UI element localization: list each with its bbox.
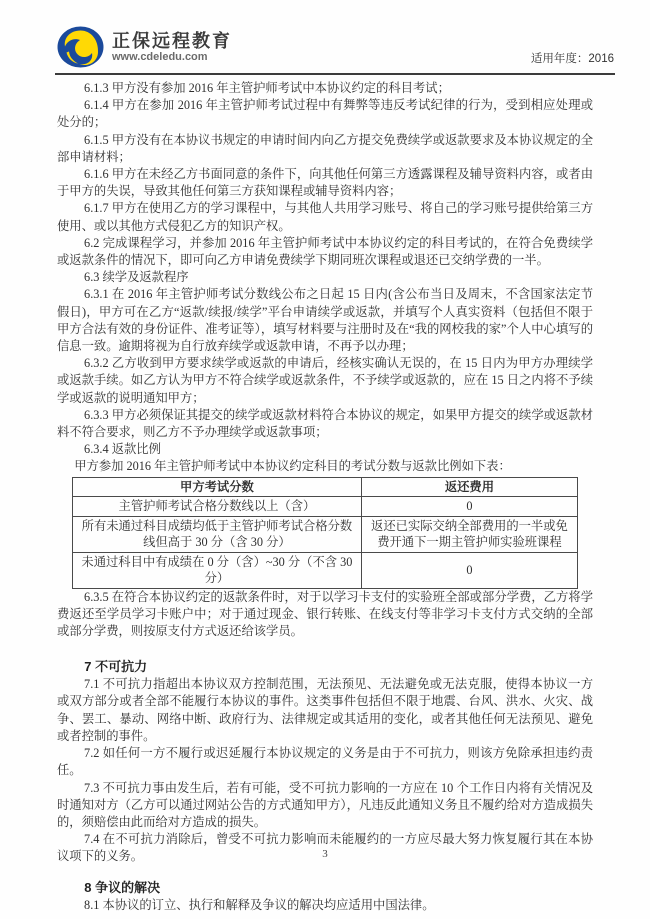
- brand-globe-icon: [57, 26, 104, 68]
- table-row: 未通过科目中有成绩在 0 分（含）~30 分（不含 30 分） 0: [73, 552, 578, 588]
- clause-6-3: 6.3 续学及返款程序: [57, 269, 593, 286]
- clause-6-3-1: 6.3.1 在 2016 年主管护师考试分数线公布之日起 15 日内(含公布当日…: [57, 286, 593, 355]
- brand-name: 正保远程教育: [112, 31, 232, 51]
- clause-6-3-5: 6.3.5 在符合本协议约定的返款条件时，对于以学习卡支付的实验班全部或部分学费…: [57, 589, 593, 641]
- clause-7-2: 7.2 如任何一方不履行或迟延履行本协议规定的义务是由于不可抗力，则该方免除承担…: [57, 745, 593, 779]
- section-8-heading: 8 争议的解决: [57, 879, 593, 897]
- clause-6-1-3: 6.1.3 甲方没有参加 2016 年主管护师考试中本协议约定的科目考试；: [57, 80, 593, 97]
- table-cell-refund-3: 0: [361, 552, 577, 588]
- table-row: 所有未通过科目成绩均低于主管护师考试合格分数线但高于 30 分（含 30 分） …: [73, 516, 578, 552]
- clause-6-1-6: 6.1.6 甲方在未经乙方书面同意的条件下，向其他任何第三方透露课程及辅导资料内…: [57, 166, 593, 200]
- table-header-score: 甲方考试分数: [73, 477, 362, 497]
- document-body: 6.1.3 甲方没有参加 2016 年主管护师考试中本协议约定的科目考试； 6.…: [0, 75, 650, 914]
- page-number: 3: [322, 848, 328, 860]
- table-cell-refund-2: 返还已实际交纳全部费用的一半或免费开通下一期主管护师实验班课程: [361, 516, 577, 552]
- refund-table-lead-in: 甲方参加 2016 年主管护师考试中本协议约定科目的考试分数与返款比例如下表：: [57, 458, 593, 475]
- clause-6-1-4: 6.1.4 甲方在参加 2016 年主管护师考试过程中有舞弊等违反考试纪律的行为…: [57, 97, 593, 131]
- table-header-refund: 返还费用: [361, 477, 577, 497]
- page-header: 正保远程教育 www.cdeledu.com 适用年度：2016: [0, 0, 650, 73]
- refund-ratio-table: 甲方考试分数 返还费用 主管护师考试合格分数线以上（含） 0 所有未通过科目成绩…: [72, 477, 578, 589]
- table-header-row: 甲方考试分数 返还费用: [73, 477, 578, 497]
- section-7-heading: 7 不可抗力: [57, 658, 593, 676]
- table-cell-score-2: 所有未通过科目成绩均低于主管护师考试合格分数线但高于 30 分（含 30 分）: [73, 516, 362, 552]
- brand-logo: 正保远程教育 www.cdeledu.com: [57, 26, 232, 68]
- brand-url: www.cdeledu.com: [112, 51, 232, 64]
- clause-6-1-5: 6.1.5 甲方没有在本协议书规定的申请时间内向乙方提交免费续学或返款要求及本协…: [57, 132, 593, 166]
- clause-7-3: 7.3 不可抗力事由发生后，若有可能，受不可抗力影响的一方应在 10 个工作日内…: [57, 780, 593, 832]
- page-footer: 3: [0, 848, 650, 860]
- brand-text: 正保远程教育 www.cdeledu.com: [112, 31, 232, 64]
- applicable-year-label: 适用年度：2016: [531, 50, 614, 68]
- clause-6-3-4: 6.3.4 返款比例: [57, 441, 593, 458]
- document-page: 正保远程教育 www.cdeledu.com 适用年度：2016 6.1.3 甲…: [0, 0, 650, 919]
- clause-8-1: 8.1 本协议的订立、执行和解释及争议的解决均应适用中国法律。: [57, 897, 593, 914]
- clause-6-2: 6.2 完成课程学习，并参加 2016 年主管护师考试中本协议约定的科目考试的，…: [57, 235, 593, 269]
- clause-6-3-2: 6.3.2 乙方收到甲方要求续学或返款的申请后，经核实确认无误的，在 15 日内…: [57, 355, 593, 407]
- table-cell-refund-1: 0: [361, 497, 577, 517]
- clause-6-1-7: 6.1.7 甲方在使用乙方的学习课程中，与其他人共用学习账号、将自己的学习账号提…: [57, 200, 593, 234]
- table-row: 主管护师考试合格分数线以上（含） 0: [73, 497, 578, 517]
- clause-7-1: 7.1 不可抗力指超出本协议双方控制范围，无法预见、无法避免或无法克服，使得本协…: [57, 676, 593, 745]
- table-cell-score-1: 主管护师考试合格分数线以上（含）: [73, 497, 362, 517]
- clause-6-3-3: 6.3.3 甲方必须保证其提交的续学或返款材料符合本协议的规定，如果甲方提交的续…: [57, 407, 593, 441]
- table-cell-score-3: 未通过科目中有成绩在 0 分（含）~30 分（不含 30 分）: [73, 552, 362, 588]
